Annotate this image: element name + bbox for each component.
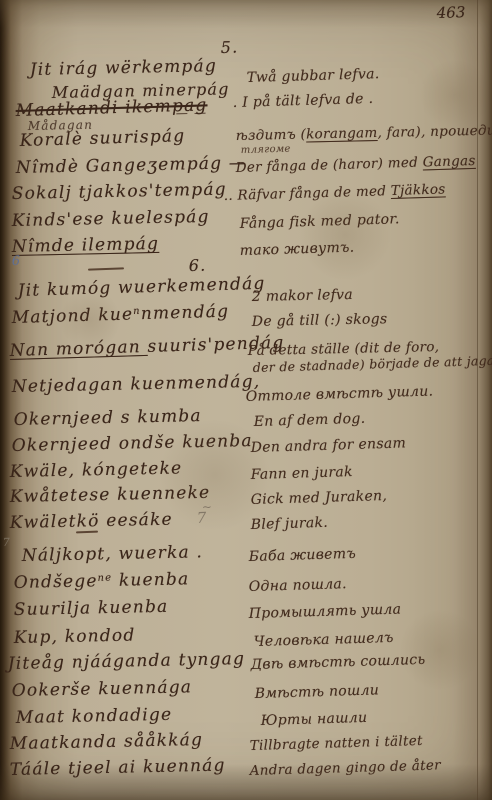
line-7-5-left: Jiteåg njááganda tyngag (8, 649, 246, 674)
manuscript-line-segment: ѣздитъ ( (236, 127, 307, 144)
manuscript-line-segment: korangam (306, 125, 378, 142)
line-7-8-left: Maatkanda sååkkág (10, 730, 204, 754)
page-edge-crease (477, 0, 478, 800)
line-5-1-right: Twå gubbar lefva. (247, 66, 380, 86)
line-7-6-right: Вмѣстѣ пошли (255, 682, 380, 702)
section-6-heading: 6. (189, 256, 207, 275)
manuscript-line-segment: Ondšege (14, 571, 98, 593)
line-6-7-right: Fann en jurak (251, 464, 354, 483)
line-6-1-left: Jit kumóg wuerkemendág (17, 274, 265, 301)
section-divider (88, 267, 124, 270)
line-6-2-right: De gå till (:) skogs (252, 311, 388, 330)
manuscript-line-segment: Matjond kue (11, 304, 133, 328)
manuscript-line-segment: kuenba (112, 569, 189, 591)
margin-number-6: 6 (12, 254, 21, 269)
connector-dashes: — — (176, 105, 208, 120)
line-5-5-right-note: тлягоме (241, 144, 291, 156)
section-5-heading: 5. (220, 37, 238, 57)
manuscript-page: 463 5.Jit irág wërkempágTwå gubbar lefva… (0, 0, 492, 800)
line-5-5-left: Koralè suurispág (19, 126, 185, 151)
manuscript-line-segment: nmendág (141, 302, 230, 325)
margin-number-7: 7 (3, 536, 10, 549)
line-7-9-left: Táále tjeel ai kuennág (10, 755, 226, 780)
line-7-8-right: Tillbragte natten i tältet (250, 733, 423, 754)
line-5-8-left: Kinds'ese kuelespág (12, 207, 210, 231)
line-5-1-left: Jit irág wërkempág (30, 56, 218, 80)
line-5-6-left: Nîmdè Gangeʒempág — (16, 153, 248, 178)
line-6-6-right: Den andra for ensam (251, 435, 407, 456)
line-6-1-right: 2 makor lefva (252, 287, 353, 305)
line-6-8-right: Gick med Juraken, (251, 488, 388, 508)
section-divider (76, 531, 98, 534)
line-5-9-left: Nîmde ilempág (12, 234, 160, 257)
line-6-2-left: Matjond kuennmendág (11, 302, 229, 328)
line-6-9-right: Blef jurak. (251, 515, 329, 533)
line-7-2-right: Одна пошла. (249, 576, 348, 595)
line-5-8-right: Fånga fisk med pator. (240, 211, 400, 232)
line-7-1-left: Náljkopt, wuerka . (22, 542, 204, 566)
line-7-1-right: Баба живетъ (249, 546, 357, 565)
manuscript-line-segment: , fara), прошедши. (377, 122, 492, 141)
line-7-4-right: Человѣка нашелъ (254, 630, 394, 650)
manuscript-line-segment: Gangas (422, 153, 475, 171)
section-7-pencil-number: 7 (196, 509, 206, 527)
line-5-3-right: . I på tält lefva de . (233, 91, 374, 111)
manuscript-line-segment: .. Räfvar fånga de med (224, 183, 391, 204)
paper-stain (400, 610, 480, 690)
line-6-3-left: Nan morógan suuris'pendág (9, 333, 284, 361)
line-5-5-right: ѣздитъ (korangam, fara), прошедши. (236, 122, 492, 144)
line-5-7-left: Sokalj tjakkos'tempág (12, 180, 227, 204)
line-6-5-right: En af dem dog. (254, 411, 366, 430)
line-6-9-left: Kwäletkö eesáke (10, 510, 173, 533)
line-6-5-left: Okernjeed s kumba (14, 406, 202, 430)
paper-stain (300, 190, 390, 280)
line-5-9-right: тако живутъ. (240, 240, 355, 259)
line-6-4-right: Оттоле вмѣстѣ ушли. (246, 383, 434, 405)
line-7-9-right: Andra dagen gingo de åter (250, 757, 442, 779)
line-6-6-left: Okernjeed ondše kuenba (12, 431, 253, 456)
manuscript-line-segment: Tjäkkos (391, 181, 446, 199)
line-6-4-left: Netjedagan kuenmendág, (12, 372, 261, 397)
line-7-3-left: Suurilja kuenba (14, 597, 169, 620)
line-7-6-left: Ookerše kuennága (12, 677, 193, 701)
manuscript-line-segment: Der fånga de (haror) med (236, 154, 423, 176)
manuscript-line-segment: Nan morógan (9, 337, 147, 361)
manuscript-line-segment: Nîmde ilempág (12, 234, 160, 257)
paper-stain (420, 60, 490, 130)
line-6-8-left: Kwåtetese kuenneke (10, 483, 211, 507)
line-7-7-left: Maat kondadige (16, 705, 173, 728)
line-7-3-right: Промышлять ушла (249, 601, 402, 622)
line-6-7-left: Kwäle, kóngeteke (10, 458, 183, 482)
manuscript-line-segment: ne (98, 573, 113, 584)
line-7-7-right: Юрты нашли (261, 710, 368, 729)
line-7-5-right: Двѣ вмѣстѣ сошлись (251, 652, 426, 673)
line-7-2-left: Ondšegene kuenba (14, 569, 190, 593)
page-number: 463 (436, 3, 465, 22)
line-5-6-right: Der fånga de (haror) med Gangas (236, 153, 476, 176)
line-5-7-right: .. Räfvar fånga de med Tjäkkos (224, 181, 446, 204)
line-7-4-left: Kup, kondod (14, 625, 136, 648)
